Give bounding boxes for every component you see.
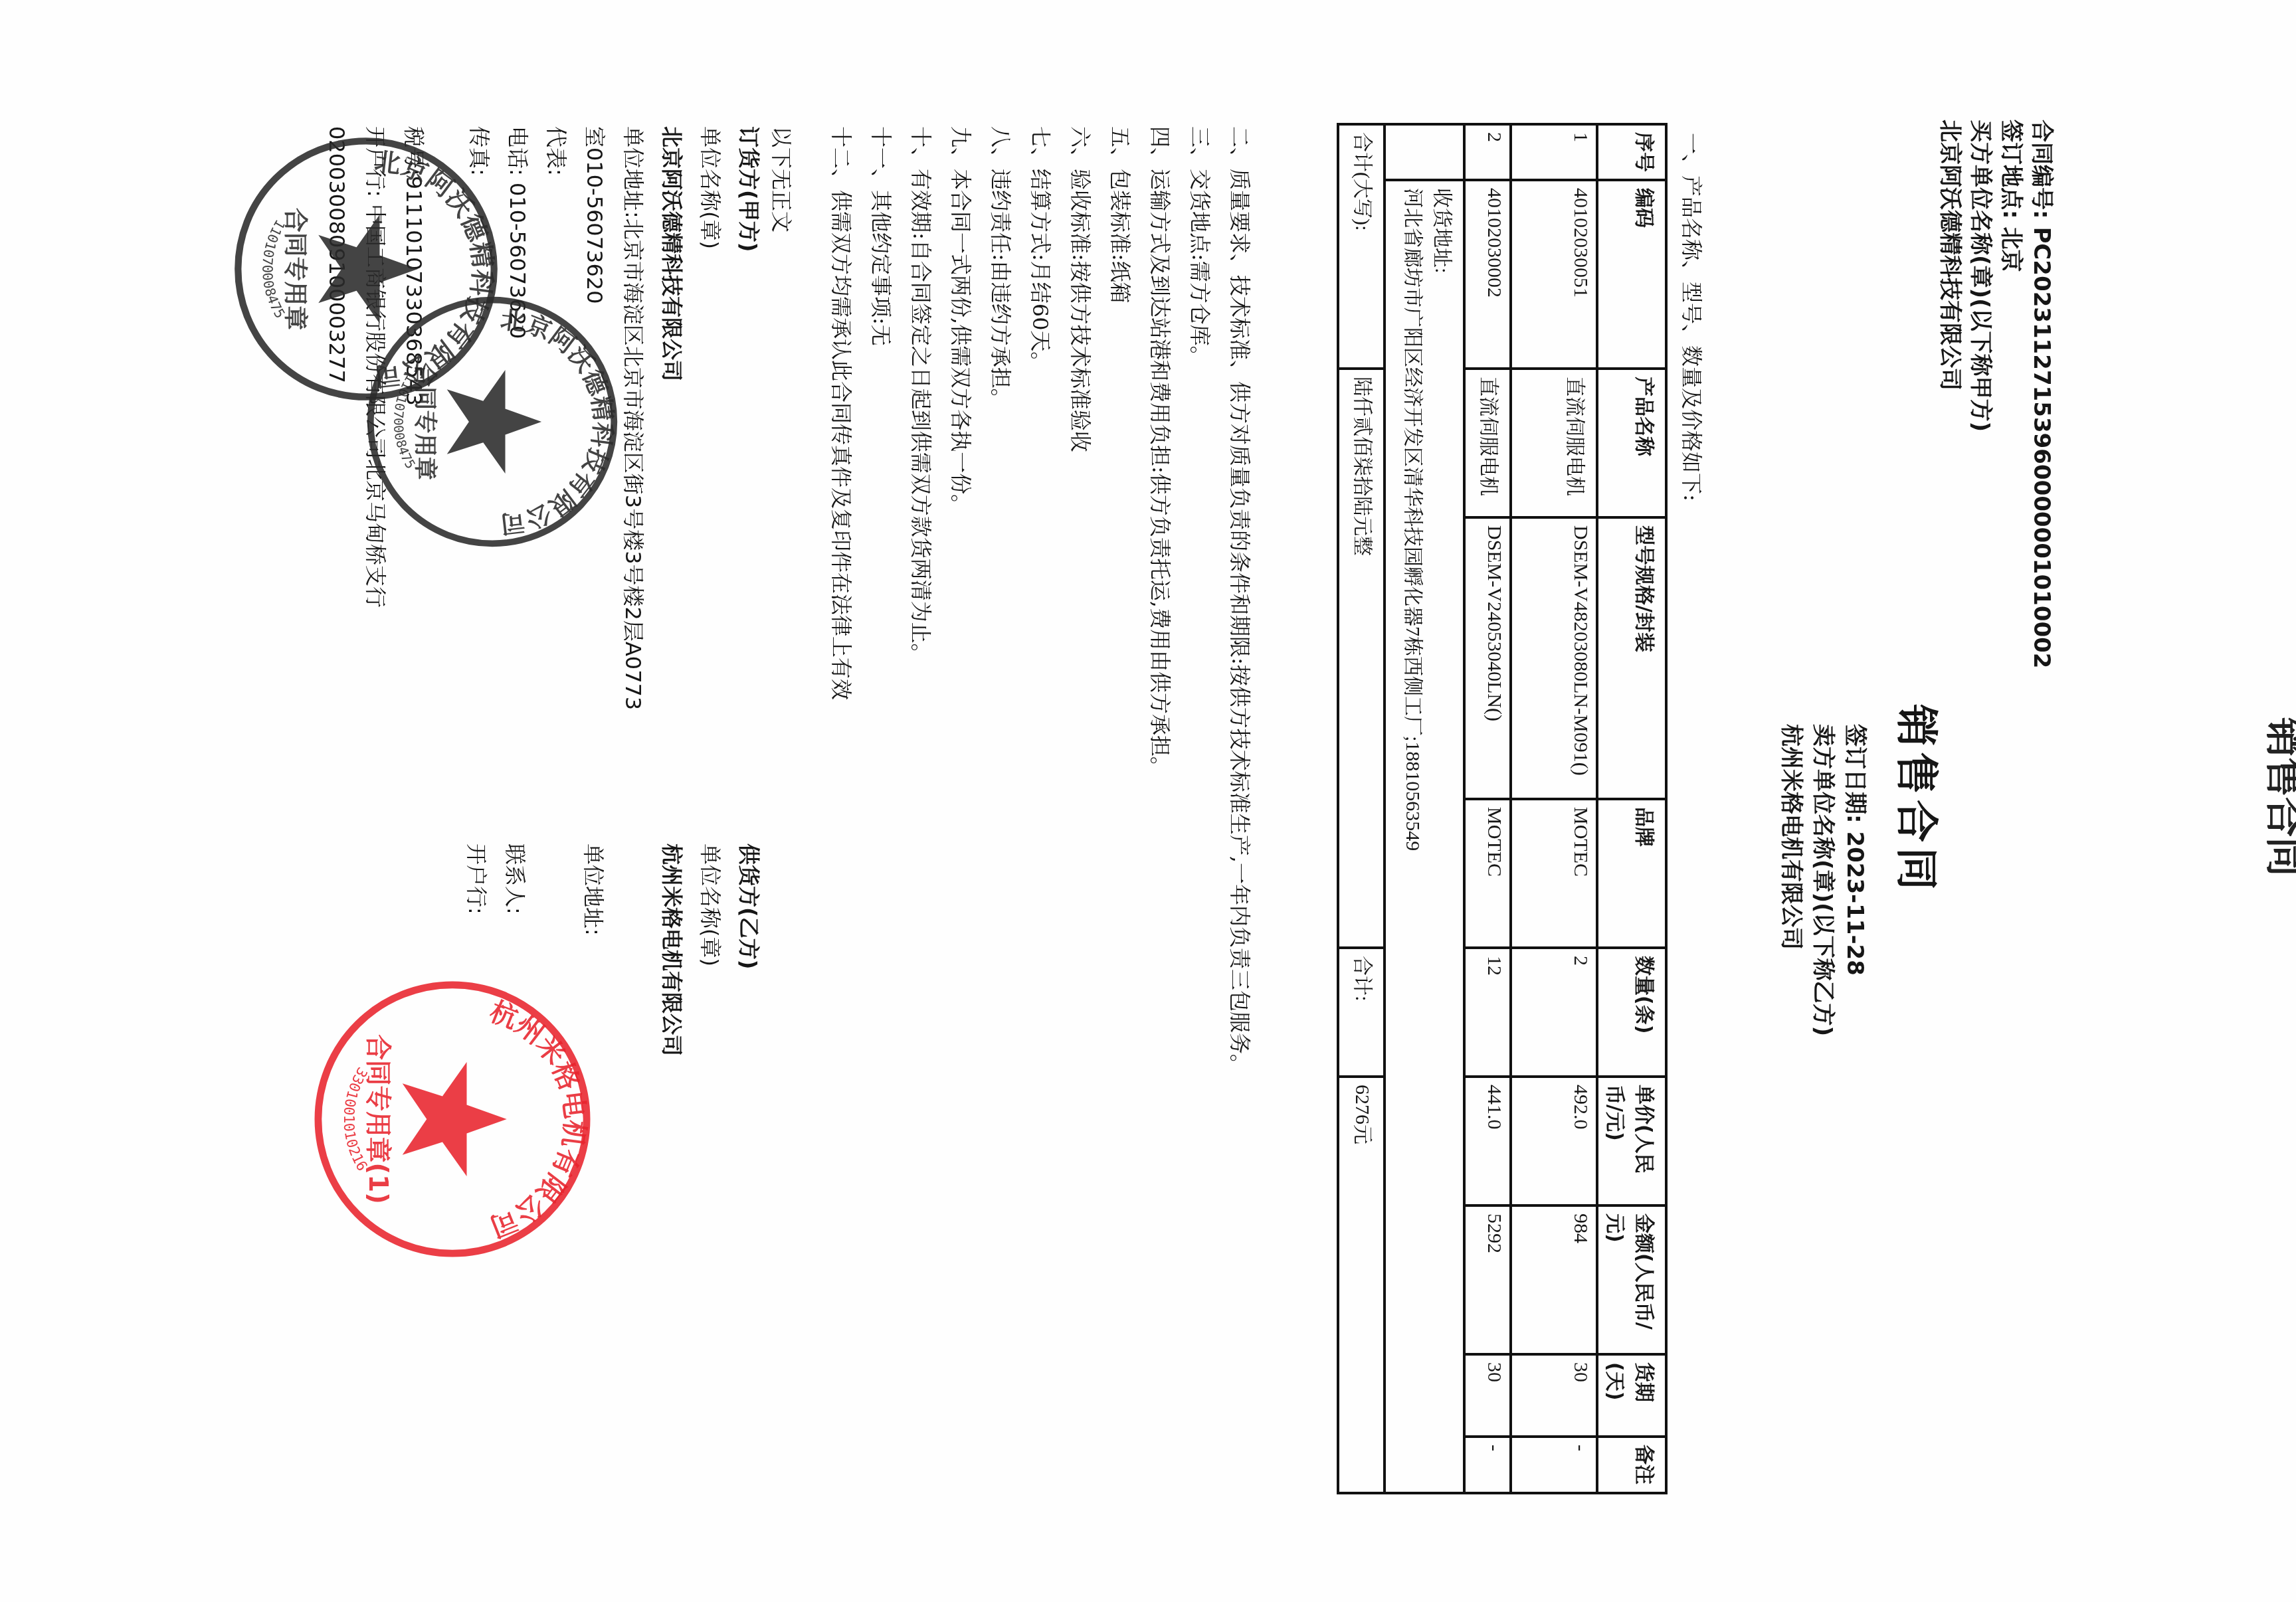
col-header: 备注 bbox=[1597, 1437, 1666, 1493]
contract-header: 合同编号: PC20231127153960000001010002 签订地点:… bbox=[1935, 120, 2057, 668]
clause-one: 一、产品名称、型号、数量及价格如下: bbox=[1672, 133, 1711, 501]
buyer-contract-seal-bottom: 北京阿沃德精科技有限公司 合同专用章 1101070008475 bbox=[230, 133, 502, 405]
clause: 九、本合同一式两份,供需双方各执一份。 bbox=[941, 126, 981, 1075]
page-title: 销售合同 bbox=[1889, 704, 1951, 895]
delivery-address-cell: 收货地址: 河北省廊坊市广阳区经济开发区清华科技园孵化器7栋西侧工厂;18810… bbox=[1385, 180, 1464, 1493]
col-header: 产品名称 bbox=[1597, 369, 1666, 517]
contract-number-line: 合同编号: PC20231127153960000001010002 bbox=[2026, 120, 2057, 668]
clause: 十、有效期:自合同签定之日起到供需双方款货两清为止。 bbox=[901, 126, 941, 1075]
col-header: 数量(条) bbox=[1597, 948, 1666, 1077]
cell-brand: MOTEC bbox=[1511, 799, 1597, 948]
cell-product: 直流伺服电机 bbox=[1511, 369, 1597, 517]
clause: 十二、供需双方均需承认此合同传真件及复印件在法律上有效 bbox=[821, 126, 861, 1075]
col-header: 编码 bbox=[1597, 180, 1666, 369]
clause: 五、包装标准:纸箱 bbox=[1100, 126, 1140, 1075]
cell-model: DSEM-V48203080LN-M091() bbox=[1511, 517, 1597, 799]
clause: 八、违约责任:由违约方承担。 bbox=[981, 126, 1020, 1075]
seal-icon: 杭州米格电机有限公司 合同专用章(1) 3301001010216 bbox=[310, 970, 595, 1269]
col-header: 型号规格/封装 bbox=[1597, 517, 1666, 799]
seller-heading: 供货方(乙方) bbox=[729, 844, 768, 1441]
table-row: 1 40102030051 直流伺服电机 DSEM-V48203080LN-M0… bbox=[1511, 124, 1597, 1493]
col-header: 品牌 bbox=[1597, 799, 1666, 948]
sign-place-label: 签订地点: bbox=[1998, 120, 2024, 219]
buyer-name-label: 单位名称(章) bbox=[691, 126, 729, 724]
edge-fragment-text: 销售合同 bbox=[2259, 717, 2296, 877]
buyer-label: 买方单位名称(章)(以下称甲方) bbox=[1965, 120, 1996, 668]
seal-icon: 北京阿沃德精科技有限公司 合同专用章 1101070008475 bbox=[230, 133, 502, 405]
cell-code: 40102030002 bbox=[1464, 180, 1511, 369]
col-header: 序号 bbox=[1597, 124, 1666, 180]
seller-company-name: 杭州米格电机有限公司 bbox=[652, 844, 691, 1441]
buyer-heading: 订货方(甲方) bbox=[729, 126, 768, 724]
table-header-row: 序号 编码 产品名称 型号规格/封装 品牌 数量(条) 单价(人民币/元) 金额… bbox=[1597, 124, 1666, 1493]
contract-page: 合同编号: PC20231127153960000001010002 签订地点:… bbox=[0, 0, 2296, 1602]
total-caps-label: 合计(大写): bbox=[1338, 124, 1385, 369]
sign-date-label: 签订日期: bbox=[1842, 724, 1868, 824]
cell-lead-time: 30 bbox=[1511, 1354, 1597, 1437]
sign-date: 2023-11-28 bbox=[1842, 831, 1868, 975]
delivery-address: 河北省廊坊市广阳区经济开发区清华科技园孵化器7栋西侧工厂;18810563549 bbox=[1400, 188, 1430, 1485]
clause: 二、质量要求、技术标准、供方对质量负责的条件和期限:按供方技术标准生产,一年内负… bbox=[1220, 126, 1260, 1075]
cell-qty: 2 bbox=[1511, 948, 1597, 1077]
buyer-address-label: 单位地址: bbox=[621, 126, 646, 219]
total-amount: 6276元 bbox=[1338, 1077, 1385, 1493]
cell-lead-time: 30 bbox=[1464, 1354, 1511, 1437]
clause: 四、运输方式及到达站港和费用负担:供方负责托运,费用由供方承担。 bbox=[1140, 126, 1180, 1075]
cell-empty bbox=[1385, 124, 1464, 180]
cell-qty: 12 bbox=[1464, 948, 1511, 1077]
seller-contract-seal: 杭州米格电机有限公司 合同专用章(1) 3301001010216 bbox=[310, 970, 595, 1269]
cell-seq: 1 bbox=[1511, 124, 1597, 180]
buyer-phone-label: 电话: bbox=[505, 126, 530, 176]
clause: 十一、其他约定事项:无 bbox=[861, 126, 901, 1075]
items-table: 序号 编码 产品名称 型号规格/封装 品牌 数量(条) 单价(人民币/元) 金额… bbox=[1337, 123, 1668, 1494]
cell-remark: - bbox=[1464, 1437, 1511, 1493]
sign-place: 北京 bbox=[1998, 226, 2024, 272]
total-label: 合计: bbox=[1338, 948, 1385, 1077]
cell-unit-price: 441.0 bbox=[1464, 1077, 1511, 1205]
cell-model: DSEM-V24053040LN() bbox=[1464, 517, 1511, 799]
cell-remark: - bbox=[1511, 1437, 1597, 1493]
seller-meta: 签订日期: 2023-11-28 卖方单位名称(章)(以下称乙方) 杭州米格电机… bbox=[1775, 724, 1871, 1036]
clause: 三、交货地点:需方仓库。 bbox=[1180, 126, 1220, 1075]
cell-seq: 2 bbox=[1464, 124, 1511, 180]
terms-list: 二、质量要求、技术标准、供方对质量负责的条件和期限:按供方技术标准生产,一年内负… bbox=[761, 126, 1260, 1075]
clause: 七、结算方式:月结60天。 bbox=[1020, 126, 1060, 1075]
cell-unit-price: 492.0 bbox=[1511, 1077, 1597, 1205]
clause: 六、验收标准:按供方技术标准验收 bbox=[1060, 126, 1100, 1075]
col-header: 货期(天) bbox=[1597, 1354, 1666, 1437]
buyer-name: 北京阿沃德精科技有限公司 bbox=[1935, 120, 1965, 668]
address-label: 收货地址: bbox=[1430, 188, 1459, 1485]
cell-product: 直流伺服电机 bbox=[1464, 369, 1511, 517]
contract-number: PC20231127153960000001010002 bbox=[2028, 226, 2055, 668]
seller-name: 杭州米格电机有限公司 bbox=[1775, 724, 1807, 1036]
cell-brand: MOTEC bbox=[1464, 799, 1511, 948]
cell-amount: 5292 bbox=[1464, 1205, 1511, 1354]
address-row: 收货地址: 河北省廊坊市广阳区经济开发区清华科技园孵化器7栋西侧工厂;18810… bbox=[1385, 124, 1464, 1493]
seller-label: 卖方单位名称(章)(以下称乙方) bbox=[1807, 724, 1839, 1036]
total-row: 合计(大写): 陆仟贰佰柒拾陆元整 合计: 6276元 bbox=[1338, 124, 1385, 1493]
contract-number-label: 合同编号: bbox=[2028, 120, 2055, 219]
cell-code: 40102030051 bbox=[1511, 180, 1597, 369]
col-header: 单价(人民币/元) bbox=[1597, 1077, 1666, 1205]
sign-place-line: 签订地点: 北京 bbox=[1996, 120, 2026, 668]
buyer-company-name: 北京阿沃德精科技有限公司 bbox=[652, 126, 691, 724]
cell-amount: 984 bbox=[1511, 1205, 1597, 1354]
table-row: 2 40102030002 直流伺服电机 DSEM-V24053040LN() … bbox=[1464, 124, 1511, 1493]
seller-name-label: 单位名称(章) bbox=[691, 844, 729, 1441]
total-caps: 陆仟贰佰柒拾陆元整 bbox=[1338, 369, 1385, 948]
svg-text:合同专用章(1): 合同专用章(1) bbox=[363, 1034, 393, 1204]
col-header: 金额(人民币/元) bbox=[1597, 1205, 1666, 1354]
